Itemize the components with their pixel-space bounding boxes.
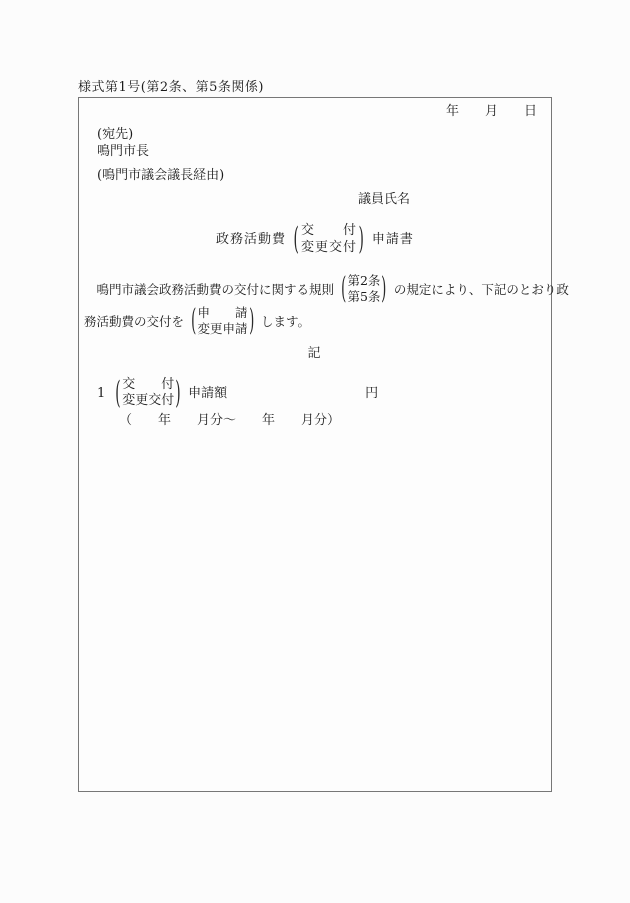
body-line2-pre: 務活動費の交付を xyxy=(84,313,184,330)
addressee-prefix: (宛先) xyxy=(97,126,551,143)
document-title: 政務活動費 ( 交 付 変更交付 ) 申請書 xyxy=(79,223,551,256)
title-bracket-option-bottom: 変更交付 xyxy=(301,240,357,257)
body-line-2: 務活動費の交付を ( 申 請 変更申請 ) します。 xyxy=(84,305,547,337)
body-line-1: 鳴門市議会政務活動費の交付に関する規則 ( 第2条 第5条 ) の規定により、下… xyxy=(84,273,547,305)
item-1-row: 1 ( 交 付 変更交付 ) 申請額 円 xyxy=(97,376,551,410)
rule-article-top: 第2条 xyxy=(347,273,380,289)
bracket-open-paren-icon: ( xyxy=(191,307,196,335)
period-line: （ 年 月分～ 年 月分） xyxy=(119,412,551,429)
bracket-close-paren-icon: ) xyxy=(249,307,254,335)
title-choice-bracket: ( 交 付 変更交付 ) xyxy=(290,223,368,256)
apply-option-top: 申 請 xyxy=(197,305,247,321)
document-page: 様式第1号(第2条、第5条関係) 年 月 日 (宛先) 鳴門市長 (鳴門市議会議… xyxy=(0,0,630,903)
addressee-name: 鳴門市長 xyxy=(97,143,551,160)
body-line1-pre: 鳴門市議会政務活動費の交付に関する規則 xyxy=(84,281,334,298)
form-number-label: 様式第1号(第2条、第5条関係) xyxy=(78,79,630,96)
currency-unit: 円 xyxy=(365,385,378,402)
item-choice-bracket: ( 交 付 変更交付 ) xyxy=(112,377,184,410)
via-line: (鳴門市議会議長経由) xyxy=(97,167,551,184)
title-suffix: 申請書 xyxy=(372,231,414,248)
body-line2-post: します。 xyxy=(261,313,310,330)
apply-choice-bracket: ( 申 請 変更申請 ) xyxy=(188,305,257,337)
item-number: 1 xyxy=(97,385,105,402)
item-bracket-option-top: 交 付 xyxy=(122,377,174,394)
bracket-close-paren-icon: ) xyxy=(175,378,180,408)
date-line: 年 月 日 xyxy=(79,103,551,120)
bracket-open-paren-icon: ( xyxy=(294,225,300,255)
bracket-close-paren-icon: ) xyxy=(382,275,387,303)
title-prefix: 政務活動費 xyxy=(216,231,286,248)
title-bracket-option-top: 交 付 xyxy=(301,223,357,240)
body-line1-post: の規定により、下記のとおり政 xyxy=(394,281,569,298)
record-heading: 記 xyxy=(79,345,551,362)
rule-article-bracket: ( 第2条 第5条 ) xyxy=(338,273,390,305)
member-name-label: 議員氏名 xyxy=(358,191,551,208)
item-bracket-option-bottom: 変更交付 xyxy=(122,393,174,410)
amount-label: 申請額 xyxy=(188,385,227,402)
body-paragraph: 鳴門市議会政務活動費の交付に関する規則 ( 第2条 第5条 ) の規定により、下… xyxy=(84,273,547,337)
rule-article-bottom: 第5条 xyxy=(347,289,380,305)
document-frame: 年 月 日 (宛先) 鳴門市長 (鳴門市議会議長経由) 議員氏名 政務活動費 (… xyxy=(78,97,552,792)
bracket-open-paren-icon: ( xyxy=(116,378,121,408)
bracket-open-paren-icon: ( xyxy=(341,275,346,303)
apply-option-bottom: 変更申請 xyxy=(197,321,247,337)
bracket-close-paren-icon: ) xyxy=(359,225,365,255)
addressee-block: (宛先) 鳴門市長 xyxy=(97,126,551,160)
